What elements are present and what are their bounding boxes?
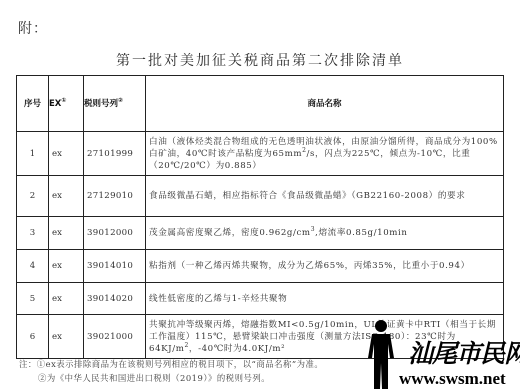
cell-index: 2: [17, 176, 49, 217]
footnote-2: ②为《中华人民共和国进出口税则（2019）》的税则号列。: [19, 371, 323, 385]
footnote-1: 注：①ex表示排除商品为在该税则号列相应的税目项下，以“商品名称”为准。: [19, 357, 323, 371]
document-title: 第一批对美加征关税商品第二次排除清单: [0, 50, 520, 70]
cell-product-name: 粘指剂（一种乙烯丙烯共聚物，成分为乙烯65%，丙烯35%，比重小于0.94）: [146, 250, 504, 283]
cell-product-name: 白油（液体烃类混合物组成的无色透明油状液体，由原油分馏所得，商品成分为100%白…: [146, 132, 504, 176]
cell-ex: ex: [49, 283, 84, 315]
table-row: 2 ex 27129010 食品级微晶石蜡，相应指标符合《食品级微晶蜡》（GB2…: [17, 176, 504, 217]
table-row: 5 ex 39014020 线性低密度的乙烯与1-辛烃共聚物: [17, 283, 504, 315]
cell-tariff-code: 27101999: [84, 132, 146, 176]
header-tariff-code: 税则号列②: [84, 76, 146, 132]
cell-product-name: 食品级微晶石蜡，相应指标符合《食品级微晶蜡》（GB22160-2008）的要求: [146, 176, 504, 217]
cell-tariff-code: 39012000: [84, 217, 146, 250]
cell-tariff-code: 39014010: [84, 250, 146, 283]
cell-product-name: 线性低密度的乙烯与1-辛烃共聚物: [146, 283, 504, 315]
cell-ex: ex: [49, 176, 84, 217]
header-index: 序号: [17, 76, 49, 132]
table-header-row: 序号 EX① 税则号列② 商品名称: [17, 76, 504, 132]
cell-tariff-code: 39021000: [84, 315, 146, 359]
cell-index: 1: [17, 132, 49, 176]
attachment-label: 附：: [18, 18, 48, 38]
watermark-site-name: 汕尾市民网: [408, 334, 520, 370]
watermark-url: www.swsm.net: [396, 370, 509, 387]
cell-index: 3: [17, 217, 49, 250]
footnote-marker-1: ①: [61, 97, 66, 104]
cell-index: 4: [17, 250, 49, 283]
table-row: 1 ex 27101999 白油（液体烃类混合物组成的无色透明油状液体，由原油分…: [17, 132, 504, 176]
footnote-marker-2: ②: [118, 97, 123, 104]
header-ex: EX①: [49, 76, 84, 132]
cell-index: 5: [17, 283, 49, 315]
cell-tariff-code: 39014020: [84, 283, 146, 315]
cell-tariff-code: 27129010: [84, 176, 146, 217]
site-watermark: 汕尾市民网 www.swsm.net: [360, 318, 520, 389]
table-row: 3 ex 39012000 茂金属高密度聚乙烯，密度0.962g/cm3,熔流率…: [17, 217, 504, 250]
cell-index: 6: [17, 315, 49, 359]
cell-product-name: 茂金属高密度聚乙烯，密度0.962g/cm3,熔流率0.85g/10min: [146, 217, 504, 250]
cell-ex: ex: [49, 217, 84, 250]
footnotes: 注：①ex表示排除商品为在该税则号列相应的税目项下，以“商品名称”为准。 ②为《…: [19, 357, 323, 385]
cell-ex: ex: [49, 132, 84, 176]
table-row: 4 ex 39014010 粘指剂（一种乙烯丙烯共聚物，成分为乙烯65%，丙烯3…: [17, 250, 504, 283]
header-product-name: 商品名称: [146, 76, 504, 132]
cell-ex: ex: [49, 315, 84, 359]
exclusion-list-table: 序号 EX① 税则号列② 商品名称 1 ex 27101999 白油（液体烃类混…: [16, 75, 504, 359]
cell-ex: ex: [49, 250, 84, 283]
person-silhouette-icon: [366, 318, 396, 389]
